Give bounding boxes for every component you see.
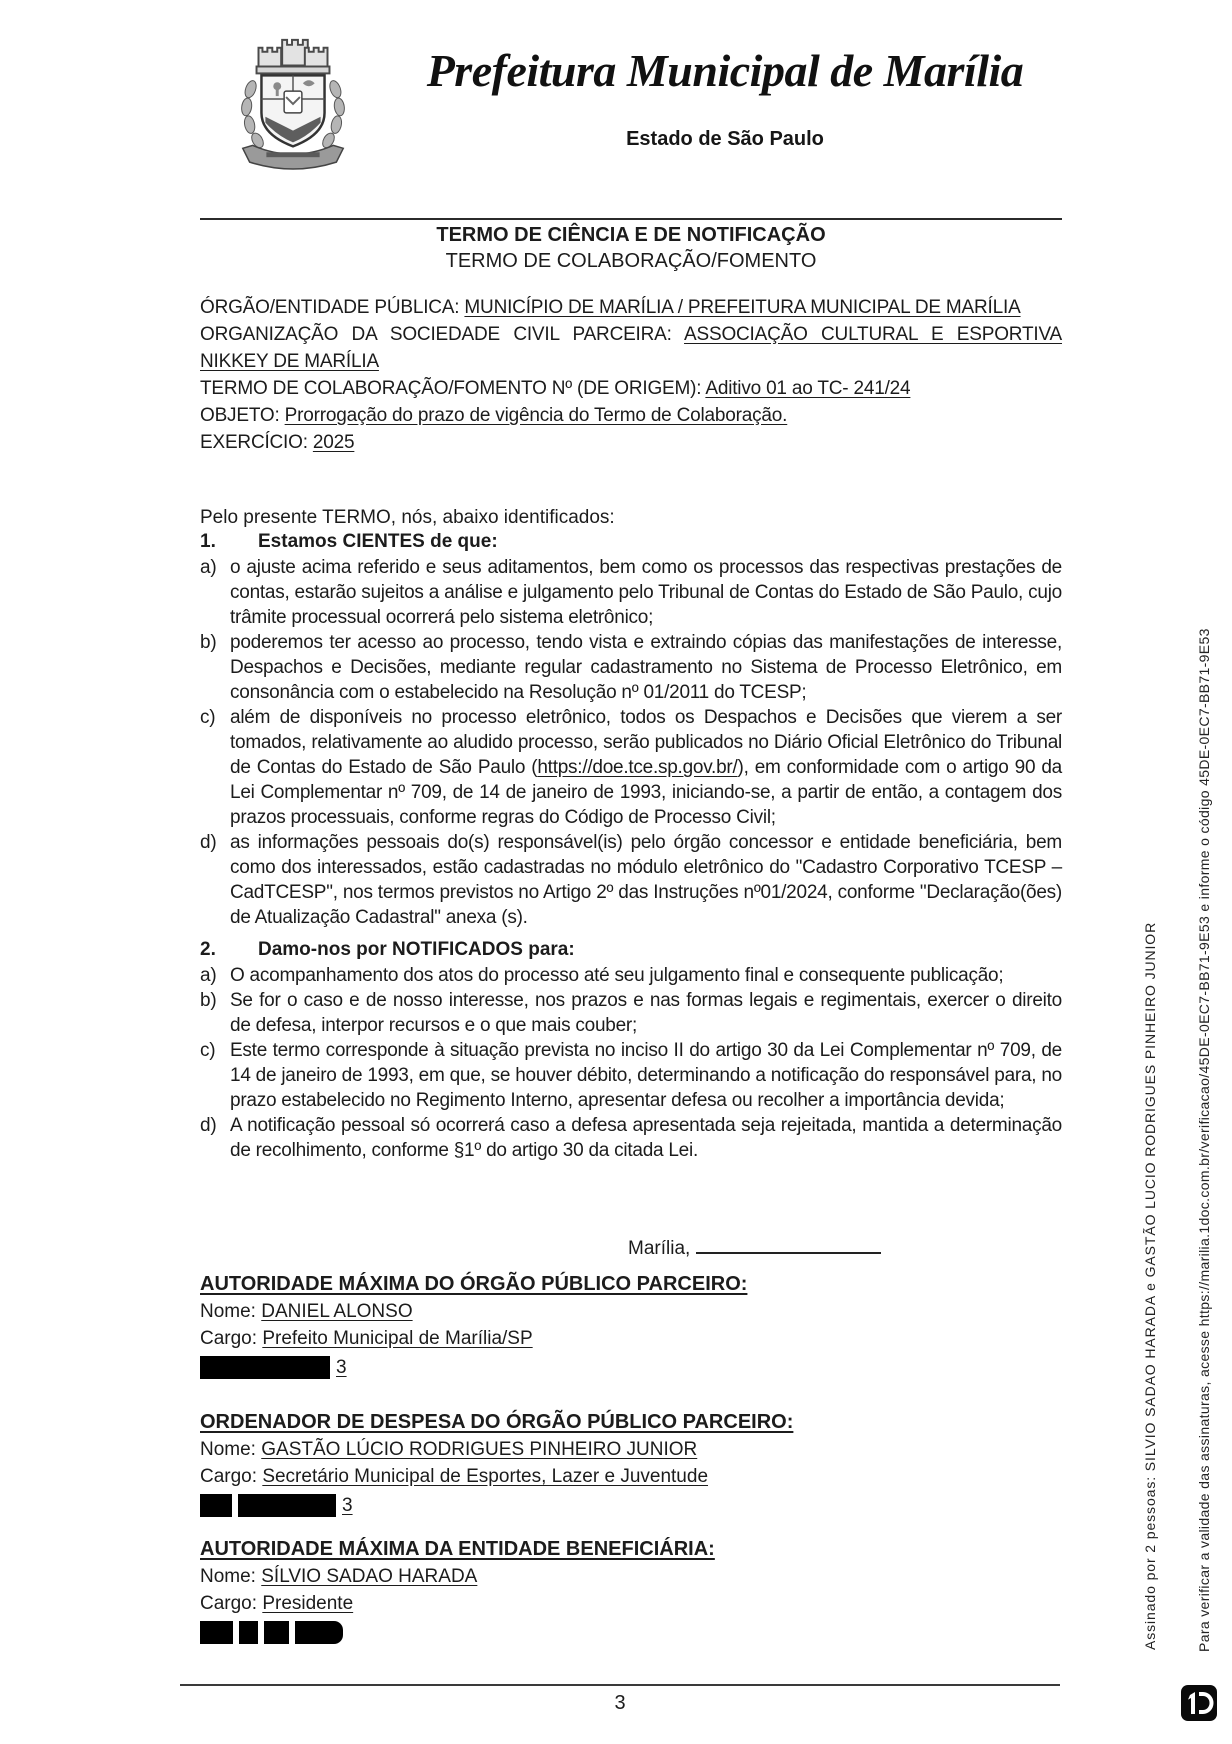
info-block: ÓRGÃO/ENTIDADE PÚBLICA: MUNICÍPIO DE MAR… bbox=[200, 294, 1062, 456]
signer-role-line: Cargo: Prefeito Municipal de Marília/SP bbox=[200, 1325, 1062, 1352]
redaction-bar bbox=[238, 1494, 336, 1517]
place-date-line: Marília, bbox=[200, 1234, 1062, 1261]
signature-block-ordenador-despesa: ORDENADOR DE DESPESA DO ÓRGÃO PÚBLICO PA… bbox=[200, 1409, 1062, 1517]
signer-name-line: Nome: SÍLVIO SADAO HARADA bbox=[200, 1563, 1062, 1590]
tce-doe-url: https://doe.tce.sp.gov.br/ bbox=[537, 757, 737, 778]
doc-title-line2: TERMO DE COLABORAÇÃO/FOMENTO bbox=[200, 249, 1062, 274]
signer-name-line: Nome: GASTÃO LÚCIO RODRIGUES PINHEIRO JU… bbox=[200, 1436, 1062, 1463]
list-item: c)além de disponíveis no processo eletrô… bbox=[200, 705, 1062, 830]
section2-heading: 2.Damo-nos por NOTIFICADOS para: bbox=[200, 937, 1062, 962]
redacted-id-row: 3 bbox=[200, 1356, 1062, 1379]
signer-role-line: Cargo: Presidente bbox=[200, 1590, 1062, 1617]
intro-line: Pelo presente TERMO, nós, abaixo identif… bbox=[200, 505, 1062, 530]
signer-role-line: Cargo: Secretário Municipal de Esportes,… bbox=[200, 1463, 1062, 1490]
signature-block-autoridade-orgao: AUTORIDADE MÁXIMA DO ÓRGÃO PÚBLICO PARCE… bbox=[200, 1271, 1062, 1379]
page-number: 3 bbox=[180, 1692, 1060, 1715]
info-termo-numero: TERMO DE COLABORAÇÃO/FOMENTO Nº (DE ORIG… bbox=[200, 375, 1062, 402]
date-blank-line bbox=[696, 1234, 881, 1254]
redacted-id-row: 3 bbox=[200, 1494, 1062, 1517]
info-organizacao: ORGANIZAÇÃO DA SOCIEDADE CIVIL PARCEIRA:… bbox=[200, 321, 1062, 375]
list-item: d)as informações pessoais do(s) responsá… bbox=[200, 830, 1062, 930]
header-divider bbox=[200, 218, 1062, 220]
section2-items: a)O acompanhamento dos atos do processo … bbox=[200, 963, 1062, 1163]
section1-heading: 1.Estamos CIENTES de que: bbox=[200, 529, 1062, 554]
redacted-id-row bbox=[200, 1621, 1062, 1644]
state-subtitle: Estado de São Paulo bbox=[375, 128, 1075, 151]
info-objeto: OBJETO: Prorrogação do prazo de vigência… bbox=[200, 402, 1062, 429]
redaction-bar bbox=[200, 1356, 330, 1379]
1doc-logo-icon bbox=[1180, 1684, 1218, 1722]
list-item: a)O acompanhamento dos atos do processo … bbox=[200, 963, 1062, 988]
scanned-document-page: Prefeitura Municipal de Marília Estado d… bbox=[0, 0, 1232, 1744]
info-exercicio: EXERCÍCIO: 2025 bbox=[200, 429, 1062, 456]
signer-name-line: Nome: DANIEL ALONSO bbox=[200, 1298, 1062, 1325]
section1-items: a)o ajuste acima referido e seus aditame… bbox=[200, 555, 1062, 930]
list-item: c)Este termo corresponde à situação prev… bbox=[200, 1038, 1062, 1113]
signed-by-vertical-text: Assinado por 2 pessoas: SILVIO SADAO HAR… bbox=[1142, 922, 1158, 1650]
list-item: d)A notificação pessoal só ocorrerá caso… bbox=[200, 1113, 1062, 1163]
list-item: b)poderemos ter acesso ao processo, tend… bbox=[200, 630, 1062, 705]
list-item: b)Se for o caso e de nosso interesse, no… bbox=[200, 988, 1062, 1038]
list-item: a)o ajuste acima referido e seus aditame… bbox=[200, 555, 1062, 630]
redaction-bar bbox=[264, 1621, 289, 1644]
footer-divider bbox=[180, 1684, 1060, 1686]
doc-title-line1: TERMO DE CIÊNCIA E DE NOTIFICAÇÃO bbox=[200, 223, 1062, 248]
redaction-bar bbox=[200, 1621, 233, 1644]
redaction-bar bbox=[200, 1494, 232, 1517]
signature-block-autoridade-entidade: AUTORIDADE MÁXIMA DA ENTIDADE BENEFICIÁR… bbox=[200, 1536, 1062, 1644]
redaction-bar bbox=[239, 1621, 258, 1644]
municipality-title: Prefeitura Municipal de Marília bbox=[375, 44, 1075, 97]
verification-url-vertical-text: Para verificar a validade das assinatura… bbox=[1196, 628, 1212, 1652]
coat-of-arms-icon bbox=[228, 32, 358, 170]
info-orgao: ÓRGÃO/ENTIDADE PÚBLICA: MUNICÍPIO DE MAR… bbox=[200, 294, 1062, 321]
redaction-bar bbox=[295, 1621, 343, 1644]
